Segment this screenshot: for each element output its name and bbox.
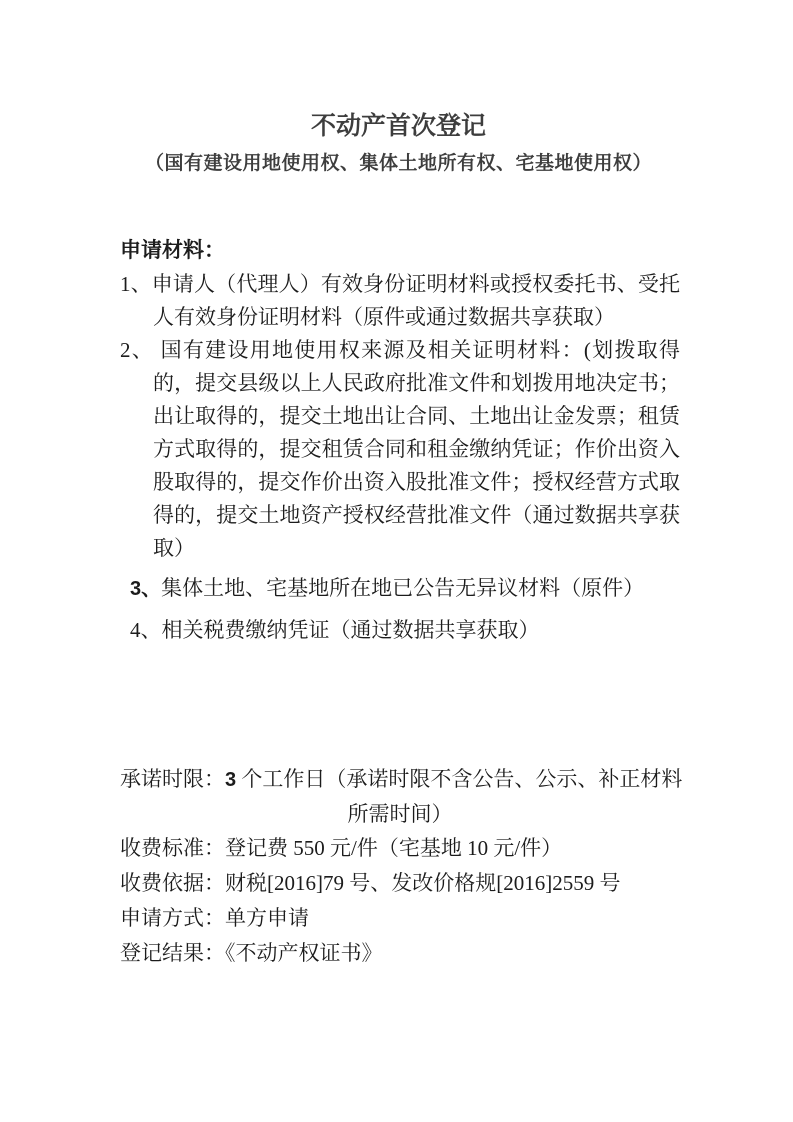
- registration-result-row: 登记结果：《不动产权证书》: [120, 936, 677, 971]
- item-number: 3、: [130, 578, 161, 600]
- item-text: 国有建设用地使用权来源及相关证明材料：(划拨取得的，提交县级以上人民政府批准文件…: [153, 338, 680, 560]
- page-title: 不动产首次登记: [120, 110, 677, 142]
- document-content: 不动产首次登记 （国有建设用地使用权、集体土地所有权、宅基地使用权） 申请材料：…: [0, 0, 793, 971]
- apply-method-row: 申请方式：单方申请: [120, 901, 677, 936]
- materials-heading: 申请材料：: [120, 236, 677, 266]
- registration-result-label: 登记结果：: [120, 941, 225, 965]
- fee-basis-value: 财税[2016]79 号、发改价格规[2016]2559 号: [225, 871, 620, 895]
- fee-standard-value: 登记费 550 元/件（宅基地 10 元/件）: [225, 836, 562, 860]
- item-text: 相关税费缴纳凭证（通过数据共享获取）: [162, 618, 540, 642]
- material-item-4: 4、相关税费缴纳凭证（通过数据共享获取）: [130, 612, 680, 648]
- fee-basis-row: 收费依据：财税[2016]79 号、发改价格规[2016]2559 号: [120, 866, 677, 901]
- fee-standard-label: 收费标准：: [120, 836, 225, 860]
- apply-method-value: 单方申请: [225, 906, 309, 930]
- promise-days-value: 3: [225, 769, 236, 791]
- registration-result-value: 《不动产权证书》: [225, 941, 383, 965]
- item-number: 4、: [130, 618, 162, 642]
- promise-time-continuation: 所需时间）: [120, 798, 680, 831]
- item-number: 2、: [120, 338, 154, 362]
- apply-method-label: 申请方式：: [120, 906, 225, 930]
- material-item-1: 1、申请人（代理人）有效身份证明材料或授权委托书、受托人有效身份证明材料（原件或…: [120, 268, 680, 334]
- document-page: 不动产首次登记 （国有建设用地使用权、集体土地所有权、宅基地使用权） 申请材料：…: [0, 0, 793, 1122]
- promise-time-label: 承诺时限：: [120, 767, 225, 791]
- item-text: 申请人（代理人）有效身份证明材料或授权委托书、受托人有效身份证明材料（原件或通过…: [152, 272, 680, 329]
- fee-standard-row: 收费标准：登记费 550 元/件（宅基地 10 元/件）: [120, 831, 677, 866]
- item-number: 1、: [120, 272, 152, 296]
- material-item-2: 2、 国有建设用地使用权来源及相关证明材料：(划拨取得的，提交县级以上人民政府批…: [120, 334, 680, 565]
- materials-list: 1、申请人（代理人）有效身份证明材料或授权委托书、受托人有效身份证明材料（原件或…: [120, 268, 680, 648]
- item-text: 集体土地、宅基地所在地已公告无异议材料（原件）: [161, 576, 644, 600]
- material-item-3: 3、集体土地、宅基地所在地已公告无异议材料（原件）: [130, 570, 680, 607]
- fee-basis-label: 收费依据：: [120, 871, 225, 895]
- service-details: 承诺时限：3 个工作日（承诺时限不含公告、公示、补正材料 所需时间） 收费标准：…: [120, 762, 677, 971]
- page-subtitle: （国有建设用地使用权、集体土地所有权、宅基地使用权）: [120, 150, 677, 178]
- promise-time-row: 承诺时限：3 个工作日（承诺时限不含公告、公示、补正材料: [120, 762, 677, 798]
- promise-time-value: 个工作日（承诺时限不含公告、公示、补正材料: [236, 767, 682, 791]
